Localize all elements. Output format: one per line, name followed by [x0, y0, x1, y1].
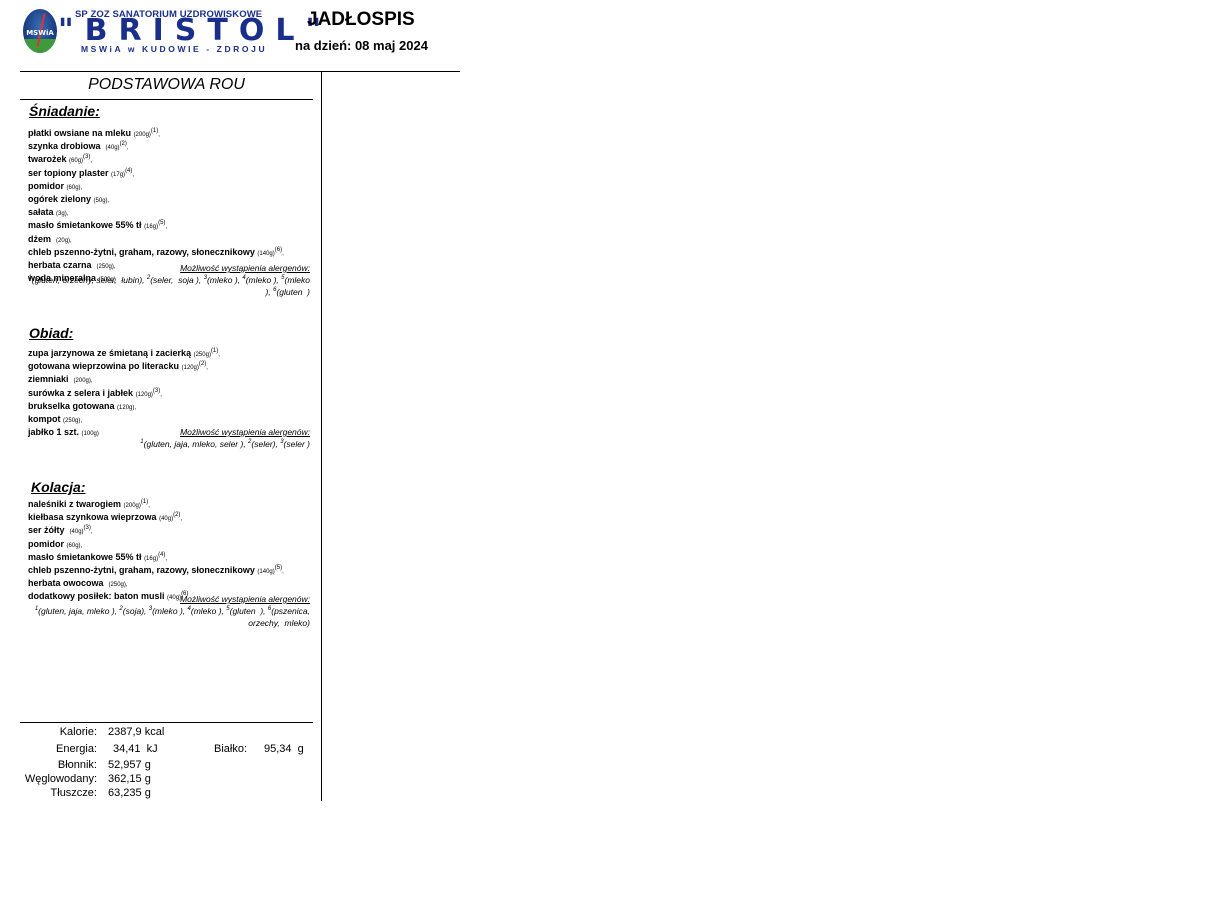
tluszcze-value: 63,235 g [108, 787, 151, 799]
list-item: kiełbasa szynkowa wieprzowa (40g)(2), [28, 512, 318, 525]
item-separator: , [90, 158, 92, 164]
list-item: masło śmietankowe 55% tł (16g)(4), [28, 552, 318, 565]
item-quantity: (120g) [136, 392, 153, 398]
item-quantity: (16g) [144, 224, 158, 230]
item-separator: , [206, 365, 208, 371]
allergen-text: (mleko ), [246, 275, 281, 285]
item-name: ser żółty [28, 525, 67, 535]
item-quantity: (200g) [124, 503, 141, 509]
allergen-label: Możliwość wystąpienia alergenów: [24, 262, 310, 274]
list-item: szynka drobiowa (40g)(2), [28, 141, 318, 154]
allergen-text: (seler ) [284, 439, 310, 449]
meal-items: naleśniki z twarogiem (200g)(1),kiełbasa… [28, 499, 318, 605]
list-item: chleb pszenno-żytni, graham, razowy, sło… [28, 247, 318, 260]
item-name: pomidor [28, 181, 64, 191]
item-name: gotowana wieprzowina po literacku [28, 361, 179, 371]
item-name: pomidor [28, 539, 64, 549]
weglowodany-value: 362,15 g [108, 773, 151, 785]
item-name: płatki owsiane na mleku [28, 128, 131, 138]
document-title: JADŁOSPIS [307, 9, 415, 31]
list-item: herbata owocowa (250g), [28, 578, 318, 591]
list-item: pomidor (60g), [28, 539, 318, 552]
energia-value: 34,41 kJ [113, 743, 158, 755]
item-name: sałata [28, 207, 54, 217]
allergen-text: (mleko ), [207, 275, 242, 285]
allergen-ref: (6) [275, 247, 282, 253]
list-item: ser topiony plaster (17g)(4), [28, 168, 318, 181]
allergen-list: 1(gluten, orzechy, seler, łubin), 2(sele… [24, 274, 310, 298]
item-name: kiełbasa szynkowa wieprzowa [28, 512, 157, 522]
item-name: masło śmietankowe 55% tł [28, 552, 142, 562]
list-item: ogórek zielony (50g), [28, 194, 318, 207]
list-item: brukselka gotowana (120g), [28, 401, 318, 414]
item-separator: , [180, 516, 182, 522]
item-quantity: (120g) [182, 365, 199, 371]
item-quantity: (60g), [67, 185, 83, 191]
item-quantity: (200g), [74, 378, 93, 384]
allergen-text: (gluten, jaja, mleko, seler ), [144, 439, 248, 449]
allergen-ref: (3) [84, 525, 91, 531]
energia-label: Energia: [17, 743, 97, 755]
item-separator: , [160, 392, 162, 398]
kalorie-label: Kalorie: [17, 726, 97, 738]
list-item: płatki owsiane na mleku (200g)(1), [28, 128, 318, 141]
item-separator: , [165, 224, 167, 230]
list-item: sałata (3g), [28, 207, 318, 220]
allergen-list: 1(gluten, jaja, mleko, seler ), 2(seler)… [24, 438, 310, 450]
column-divider [321, 72, 322, 801]
allergen-list: 1(gluten, jaja, mleko ), 2(soja), 3(mlek… [24, 605, 310, 629]
item-name: ziemniaki [28, 374, 71, 384]
item-quantity: (50g), [94, 198, 110, 204]
list-item: naleśniki z twarogiem (200g)(1), [28, 499, 318, 512]
item-name: chleb pszenno-żytni, graham, razowy, sło… [28, 565, 255, 575]
item-quantity: (120g), [117, 405, 136, 411]
nutrition-divider [20, 722, 313, 723]
meal-heading: Obiad: [29, 325, 73, 341]
item-name: chleb pszenno-żytni, graham, razowy, sło… [28, 247, 255, 257]
org-bottom-line: MSWiA w KUDOWIE - ZDROJU [81, 44, 267, 54]
item-name: herbata owocowa [28, 578, 106, 588]
item-quantity: (40g) [106, 145, 120, 151]
list-item: dżem (20g), [28, 234, 318, 247]
meal-heading: Kolacja: [31, 479, 85, 495]
list-item: ser żółty (40g)(3), [28, 525, 318, 538]
item-separator: , [148, 503, 150, 509]
allergen-label: Możliwość wystąpienia alergenów: [24, 426, 310, 438]
list-item: masło śmietankowe 55% tł (16g)(5), [28, 220, 318, 233]
item-quantity: (40g) [159, 516, 173, 522]
item-quantity: (250g), [109, 582, 128, 588]
item-name: brukselka gotowana [28, 401, 115, 411]
allergen-info: Możliwość wystąpienia alergenów:1(gluten… [24, 593, 310, 629]
logo-emblem: MSWiA [23, 9, 57, 53]
item-name: zupa jarzynowa ze śmietaną i zacierką [28, 348, 191, 358]
item-name: kompot [28, 414, 61, 424]
item-name: surówka z selera i jabłek [28, 388, 133, 398]
allergen-text: (gluten ), [230, 606, 268, 616]
list-item: twarożek (60g)(3), [28, 154, 318, 167]
item-name: twarożek [28, 154, 67, 164]
allergen-label: Możliwość wystąpienia alergenów: [24, 593, 310, 605]
tluszcze-label: Tłuszcze: [17, 787, 97, 799]
list-item: chleb pszenno-żytni, graham, razowy, sło… [28, 565, 318, 578]
allergen-text: (seler), [251, 439, 280, 449]
item-quantity: (16g) [144, 556, 158, 562]
item-name: ogórek zielony [28, 194, 91, 204]
document-date: na dzień: 08 maj 2024 [295, 38, 428, 53]
item-quantity: (40g) [70, 529, 84, 535]
emblem-grass [23, 39, 57, 53]
allergen-text: (soja), [123, 606, 149, 616]
item-quantity: (140g) [257, 569, 274, 575]
item-quantity: (200g) [134, 132, 151, 138]
item-separator: , [91, 529, 93, 535]
diet-name: PODSTAWOWA ROU [20, 76, 313, 94]
emblem-text: MSWiA [23, 29, 57, 37]
org-name-logo: "BRISTOL" [58, 15, 332, 47]
bialko-value: 95,34 g [264, 743, 304, 755]
item-separator: , [282, 569, 284, 575]
item-quantity: (60g) [69, 158, 83, 164]
allergen-text: (gluten ) [276, 287, 310, 297]
item-quantity: (250g), [63, 418, 82, 424]
blonnik-label: Błonnik: [17, 759, 97, 771]
list-item: surówka z selera i jabłek (120g)(3), [28, 388, 318, 401]
item-separator: , [165, 556, 167, 562]
item-name: ser topiony plaster [28, 168, 109, 178]
allergen-text: (mleko ), [191, 606, 226, 616]
list-item: zupa jarzynowa ze śmietaną i zacierką (2… [28, 348, 318, 361]
meal-heading: Śniadanie: [29, 103, 100, 119]
item-name: szynka drobiowa [28, 141, 103, 151]
header-divider [20, 71, 460, 72]
allergen-ref: (2) [120, 141, 127, 147]
blonnik-value: 52,957 g [108, 759, 151, 771]
kalorie-value: 2387,9 kcal [108, 726, 164, 738]
item-quantity: (17g) [111, 172, 125, 178]
item-quantity: (140g) [257, 251, 274, 257]
allergen-info: Możliwość wystąpienia alergenów:1(gluten… [24, 426, 310, 450]
item-quantity: (250g) [194, 352, 211, 358]
allergen-text: (mleko ), [152, 606, 187, 616]
item-quantity: (60g), [67, 543, 83, 549]
item-separator: , [158, 132, 160, 138]
allergen-text: (seler, soja ), [150, 275, 203, 285]
diet-divider [20, 99, 313, 100]
item-separator: , [218, 352, 220, 358]
allergen-ref: (5) [275, 565, 282, 571]
item-separator: , [282, 251, 284, 257]
allergen-text: (gluten, orzechy, seler, łubin), [32, 275, 147, 285]
item-name: masło śmietankowe 55% tł [28, 220, 142, 230]
weglowodany-label: Węglowodany: [17, 773, 97, 785]
item-separator: , [132, 172, 134, 178]
allergen-text: (gluten, jaja, mleko ), [38, 606, 119, 616]
item-quantity: (20g), [56, 238, 72, 244]
item-separator: , [127, 145, 129, 151]
item-name: dżem [28, 234, 54, 244]
list-item: gotowana wieprzowina po literacku (120g)… [28, 361, 318, 374]
item-name: naleśniki z twarogiem [28, 499, 121, 509]
allergen-info: Możliwość wystąpienia alergenów:1(gluten… [24, 262, 310, 298]
bialko-label: Białko: [214, 743, 247, 755]
item-quantity: (3g), [56, 211, 68, 217]
list-item: pomidor (60g), [28, 181, 318, 194]
list-item: ziemniaki (200g), [28, 374, 318, 387]
